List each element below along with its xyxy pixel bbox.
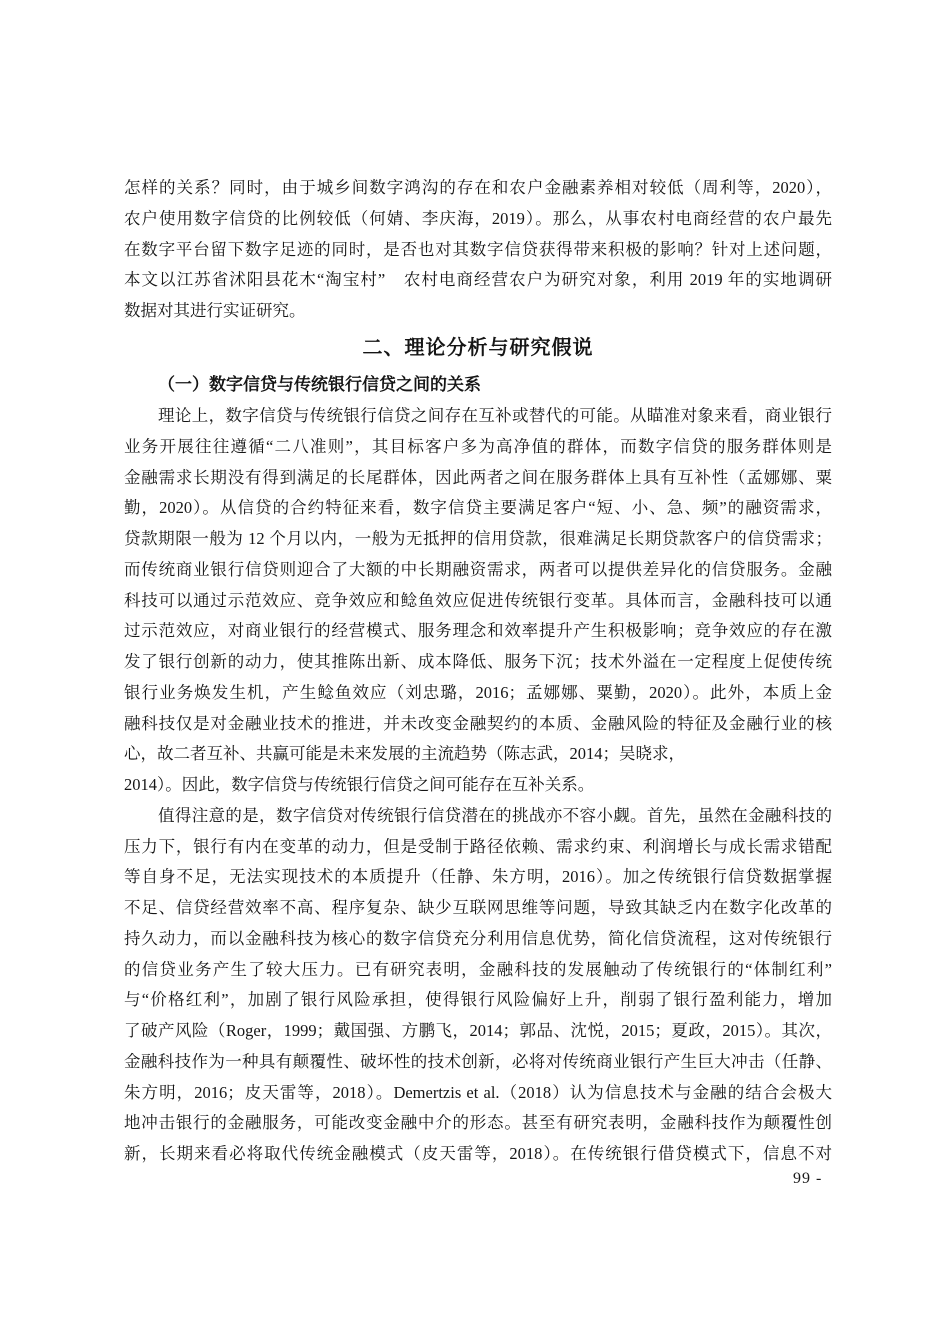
text-line: 数据对其进行实证研究。 bbox=[124, 296, 832, 327]
text-line: 银行业务焕发生机，产生鲶鱼效应（刘忠璐，2016；孟娜娜、粟勤，2020）。此外… bbox=[124, 678, 832, 709]
paragraph-continuation: 怎样的关系？同时，由于城乡间数字鸿沟的存在和农户金融素养相对较低（周利等，202… bbox=[124, 173, 832, 327]
text-line: 与“价格红利”，加剧了银行风险承担，使得银行风险偏好上升，削弱了银行盈利能力，增… bbox=[124, 985, 832, 1016]
text-line: 新，长期来看必将取代传统金融模式（皮天雷等，2018）。在传统银行借贷模式下，信… bbox=[124, 1139, 832, 1170]
text-line: 贷款期限一般为 12 个月以内，一般为无抵押的信用贷款，很难满足长期贷款客户的信… bbox=[124, 524, 832, 555]
page-number: 99 - bbox=[793, 1170, 822, 1188]
section-heading: 二、理论分析与研究假说 bbox=[124, 333, 832, 364]
text-line: 发了银行创新的动力，使其推陈出新、成本降低、服务下沉；技术外溢在一定程度上促使传… bbox=[124, 647, 832, 678]
text-line: 2014）。因此，数字信贷与传统银行信贷之间可能存在互补关系。 bbox=[124, 770, 832, 801]
text-line: 朱方明，2016；皮天雷等，2018）。Demertzis et al.（201… bbox=[124, 1078, 832, 1109]
subsection-heading: （一）数字信贷与传统银行信贷之间的关系 bbox=[124, 369, 832, 400]
text-line: 金融科技作为一种具有颠覆性、破坏性的技术创新，必将对传统商业银行产生巨大冲击（任… bbox=[124, 1047, 832, 1078]
text-line: 融科技仅是对金融业技术的推进，并未改变金融契约的本质、金融风险的特征及金融行业的… bbox=[124, 709, 832, 740]
text-line: 持久动力，而以金融科技为核心的数字信贷充分利用信息优势，简化信贷流程，这对传统银… bbox=[124, 924, 832, 955]
text-line: 地冲击银行的金融服务，可能改变金融中介的形态。甚至有研究表明，金融科技作为颠覆性… bbox=[124, 1108, 832, 1139]
text-line: 不足、信贷经营效率不高、程序复杂、缺少互联网思维等问题，导致其缺乏内在数字化改革… bbox=[124, 893, 832, 924]
text-line: 等自身不足，无法实现技术的本质提升（任静、朱方明，2016）。加之传统银行信贷数… bbox=[124, 862, 832, 893]
text-line: 金融需求长期没有得到满足的长尾群体，因此两者之间在服务群体上具有互补性（孟娜娜、… bbox=[124, 463, 832, 494]
text-line: 勤，2020）。从信贷的合约特征来看，数字信贷主要满足客户“短、小、急、频”的融… bbox=[124, 493, 832, 524]
text-block: 怎样的关系？同时，由于城乡间数字鸿沟的存在和农户金融素养相对较低（周利等，202… bbox=[124, 173, 832, 1170]
text-line: 怎样的关系？同时，由于城乡间数字鸿沟的存在和农户金融素养相对较低（周利等，202… bbox=[124, 173, 832, 204]
text-line: 心，故二者互补、共赢可能是未来发展的主流趋势（陈志武，2014；吴晓求， bbox=[124, 739, 832, 770]
text-line: 在数字平台留下数字足迹的同时，是否也对其数字信贷获得带来积极的影响？针对上述问题… bbox=[124, 235, 832, 266]
paper-page: 怎样的关系？同时，由于城乡间数字鸿沟的存在和农户金融素养相对较低（周利等，202… bbox=[0, 0, 950, 1344]
paragraph-challenge: 值得注意的是，数字信贷对传统银行信贷潜在的挑战亦不容小觑。首先，虽然在金融科技的… bbox=[124, 801, 832, 1170]
text-line: 而传统商业银行信贷则迎合了大额的中长期融资需求，两者可以提供差异化的信贷服务。金… bbox=[124, 555, 832, 586]
text-line: 本文以江苏省沭阳县花木“淘宝村” 农村电商经营农户为研究对象，利用 2019 年… bbox=[124, 265, 832, 296]
text-line: 过示范效应，对商业银行的经营模式、服务理念和效率提升产生积极影响；竞争效应的存在… bbox=[124, 616, 832, 647]
text-line: 理论上，数字信贷与传统银行信贷之间存在互补或替代的可能。从瞄准对象来看，商业银行 bbox=[124, 401, 832, 432]
text-line: 压力下，银行有内在变革的动力，但是受制于路径依赖、需求约束、利润增长与成长需求错… bbox=[124, 832, 832, 863]
text-line: 的信贷业务产生了较大压力。已有研究表明，金融科技的发展触动了传统银行的“体制红利… bbox=[124, 955, 832, 986]
text-line: 科技可以通过示范效应、竞争效应和鲶鱼效应促进传统银行变革。具体而言，金融科技可以… bbox=[124, 586, 832, 617]
text-line: 农户使用数字信贷的比例较低（何婧、李庆海，2019）。那么，从事农村电商经营的农… bbox=[124, 204, 832, 235]
text-line: 值得注意的是，数字信贷对传统银行信贷潜在的挑战亦不容小觑。首先，虽然在金融科技的 bbox=[124, 801, 832, 832]
text-line: 业务开展往往遵循“二八准则”，其目标客户多为高净值的群体，而数字信贷的服务群体则… bbox=[124, 432, 832, 463]
paragraph-theory: 理论上，数字信贷与传统银行信贷之间存在互补或替代的可能。从瞄准对象来看，商业银行… bbox=[124, 401, 832, 801]
text-line: 了破产风险（Roger，1999；戴国强、方鹏飞，2014；郭品、沈悦，2015… bbox=[124, 1016, 832, 1047]
